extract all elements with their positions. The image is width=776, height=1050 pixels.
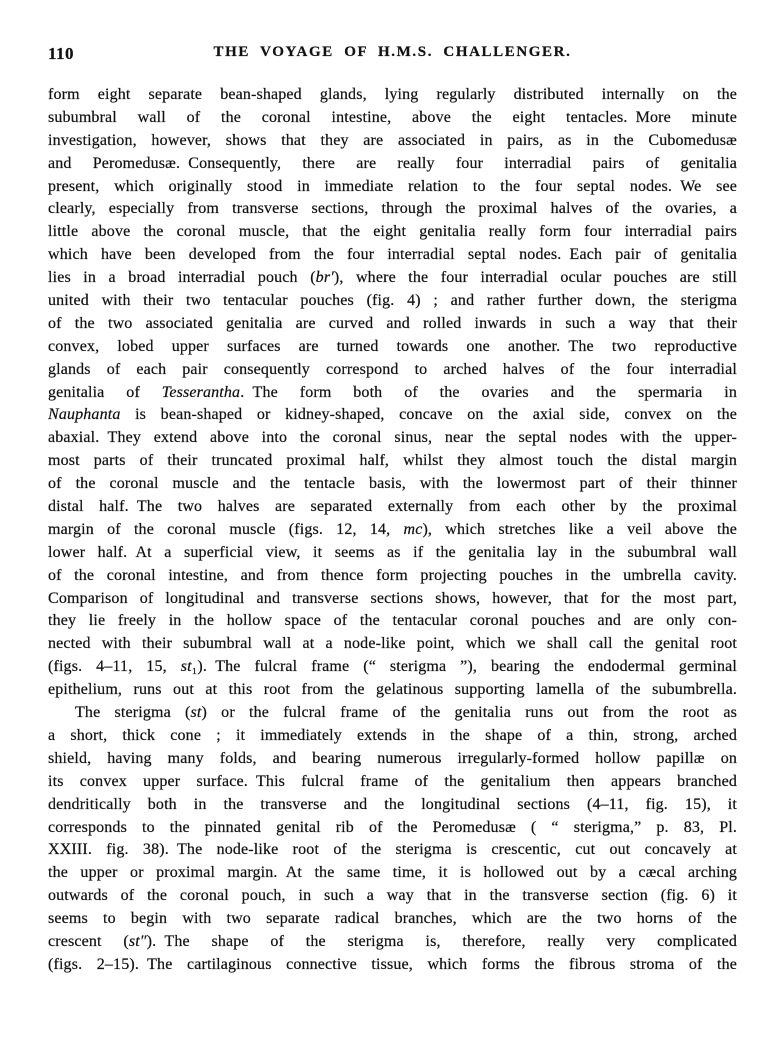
running-title: THE VOYAGE OF H.M.S. CHALLENGER. (48, 44, 737, 61)
text-segment: abaxial. They extend above into the coro… (48, 429, 737, 446)
text-line: a short, thick cone ; it immediately ext… (48, 725, 737, 748)
text-segment: the upper or proximal margin. At the sam… (48, 864, 737, 881)
italic-term: st (181, 658, 192, 675)
text-segment: convex, lobed upper surfaces are turned … (48, 338, 737, 355)
text-line: nected with their subumbral wall at a no… (48, 633, 737, 656)
text-line: lower half. At a superficial view, it se… (48, 542, 737, 565)
text-line: (figs. 4–11, 15, st₁). The fulcral frame… (48, 656, 737, 679)
italic-term: mc (403, 521, 422, 538)
text-segment: lies in a broad interradial pouch ( (48, 269, 316, 286)
text-line: crescent (st″). The shape of the sterigm… (48, 931, 737, 954)
page-body: form eight separate bean-shaped glands, … (48, 84, 737, 977)
text-segment: of the coronal muscle and the tentacle b… (48, 475, 737, 492)
italic-term: br′ (316, 269, 334, 286)
page-number: 110 (48, 44, 74, 64)
text-segment: (figs. 2–15). The cartilaginous connecti… (48, 956, 737, 973)
text-segment: a short, thick cone ; it immediately ext… (48, 727, 737, 744)
text-segment: form eight separate bean-shaped glands, … (48, 86, 737, 103)
text-line: its convex upper surface. This fulcral f… (48, 771, 737, 794)
text-segment: dendritically both in the transverse and… (48, 796, 737, 813)
text-line: subumbral wall of the coronal intestine,… (48, 107, 737, 130)
text-line: and Peromedusæ. Consequently, there are … (48, 153, 737, 176)
text-line: glands of each pair consequently corresp… (48, 359, 737, 382)
text-line: dendritically both in the transverse and… (48, 794, 737, 817)
text-segment: ), where the four interradial ocular pou… (334, 269, 737, 286)
text-segment: margin of the coronal muscle (figs. 12, … (48, 521, 403, 538)
text-segment: seems to begin with two separate radical… (48, 910, 737, 927)
text-segment: ) or the fulcral frame of the genitalia … (202, 704, 738, 721)
text-segment: its convex upper surface. This fulcral f… (48, 773, 737, 790)
text-line: corresponds to the pinnated genital rib … (48, 817, 737, 840)
text-line: (figs. 2–15). The cartilaginous connecti… (48, 954, 737, 977)
text-segment: crescent ( (48, 933, 129, 950)
text-segment: epithelium, runs out at this root from t… (48, 681, 737, 698)
text-segment: subumbral wall of the coronal intestine,… (48, 109, 737, 126)
text-segment: (figs. 4–11, 15, (48, 658, 181, 675)
text-segment: united with their two tentacular pouches… (48, 292, 737, 309)
text-segment: they lie freely in the hollow space of t… (48, 612, 737, 629)
text-line: epithelium, runs out at this root from t… (48, 679, 737, 702)
text-segment: genitalia of (48, 384, 162, 401)
book-page: 110 THE VOYAGE OF H.M.S. CHALLENGER. for… (0, 0, 776, 1050)
text-segment: and Peromedusæ. Consequently, there are … (48, 155, 737, 172)
text-segment: of the coronal intestine, and from thenc… (48, 567, 737, 584)
text-line: convex, lobed upper surfaces are turned … (48, 336, 737, 359)
text-segment: corresponds to the pinnated genital rib … (48, 819, 737, 836)
text-segment: ₁). The fulcral frame (“ sterigma ”), be… (192, 658, 737, 675)
text-line: united with their two tentacular pouches… (48, 290, 737, 313)
text-segment: most parts of their truncated proximal h… (48, 452, 737, 469)
text-segment: present, which originally stood in immed… (48, 178, 737, 195)
text-segment: . The form both of the ovaries and the s… (240, 384, 737, 401)
text-line: abaxial. They extend above into the coro… (48, 427, 737, 450)
text-line: distal half. The two halves are separate… (48, 496, 737, 519)
text-line: little above the coronal muscle, that th… (48, 221, 737, 244)
text-segment: is bean-shaped or kidney-shaped, concave… (120, 406, 737, 423)
text-segment: investigation, however, shows that they … (48, 132, 737, 149)
text-line: XXIII. fig. 38). The node-like root of t… (48, 839, 737, 862)
italic-term: Tesserantha (162, 384, 240, 401)
text-segment: ), which stretches like a veil above the (422, 521, 737, 538)
text-segment: ). The shape of the sterigma is, therefo… (147, 933, 737, 950)
text-segment: outwards of the coronal pouch, in such a… (48, 887, 737, 904)
italic-term: st″ (129, 933, 147, 950)
text-segment: little above the coronal muscle, that th… (48, 223, 737, 240)
text-segment: clearly, especially from transverse sect… (48, 200, 737, 217)
text-segment: shield, having many folds, and bearing n… (48, 750, 737, 767)
text-line: seems to begin with two separate radical… (48, 908, 737, 931)
text-line: The sterigma (st) or the fulcral frame o… (48, 702, 737, 725)
text-line: Nauphanta is bean-shaped or kidney-shape… (48, 404, 737, 427)
italic-term: st (191, 704, 202, 721)
text-line: Comparison of longitudinal and transvers… (48, 588, 737, 611)
text-segment: XXIII. fig. 38). The node-like root of t… (48, 841, 737, 858)
text-line: they lie freely in the hollow space of t… (48, 610, 737, 633)
text-line: most parts of their truncated proximal h… (48, 450, 737, 473)
italic-term: Nauphanta (48, 406, 120, 423)
text-line: of the coronal intestine, and from thenc… (48, 565, 737, 588)
text-line: genitalia of Tesserantha. The form both … (48, 382, 737, 405)
text-segment: which have been developed from the four … (48, 246, 737, 263)
text-segment: of the two associated genitalia are curv… (48, 315, 737, 332)
text-line: of the two associated genitalia are curv… (48, 313, 737, 336)
text-line: clearly, especially from transverse sect… (48, 198, 737, 221)
text-segment: Comparison of longitudinal and transvers… (48, 590, 737, 607)
text-line: shield, having many folds, and bearing n… (48, 748, 737, 771)
page-header: 110 THE VOYAGE OF H.M.S. CHALLENGER. (48, 44, 737, 66)
text-line: of the coronal muscle and the tentacle b… (48, 473, 737, 496)
text-line: present, which originally stood in immed… (48, 176, 737, 199)
text-segment: distal half. The two halves are separate… (48, 498, 737, 515)
text-line: margin of the coronal muscle (figs. 12, … (48, 519, 737, 542)
text-segment: nected with their subumbral wall at a no… (48, 635, 737, 652)
text-line: investigation, however, shows that they … (48, 130, 737, 153)
text-segment: lower half. At a superficial view, it se… (48, 544, 737, 561)
text-line: which have been developed from the four … (48, 244, 737, 267)
text-line: form eight separate bean-shaped glands, … (48, 84, 737, 107)
text-line: the upper or proximal margin. At the sam… (48, 862, 737, 885)
text-segment: glands of each pair consequently corresp… (48, 361, 737, 378)
text-line: outwards of the coronal pouch, in such a… (48, 885, 737, 908)
text-segment: The sterigma ( (75, 704, 191, 721)
text-line: lies in a broad interradial pouch (br′),… (48, 267, 737, 290)
